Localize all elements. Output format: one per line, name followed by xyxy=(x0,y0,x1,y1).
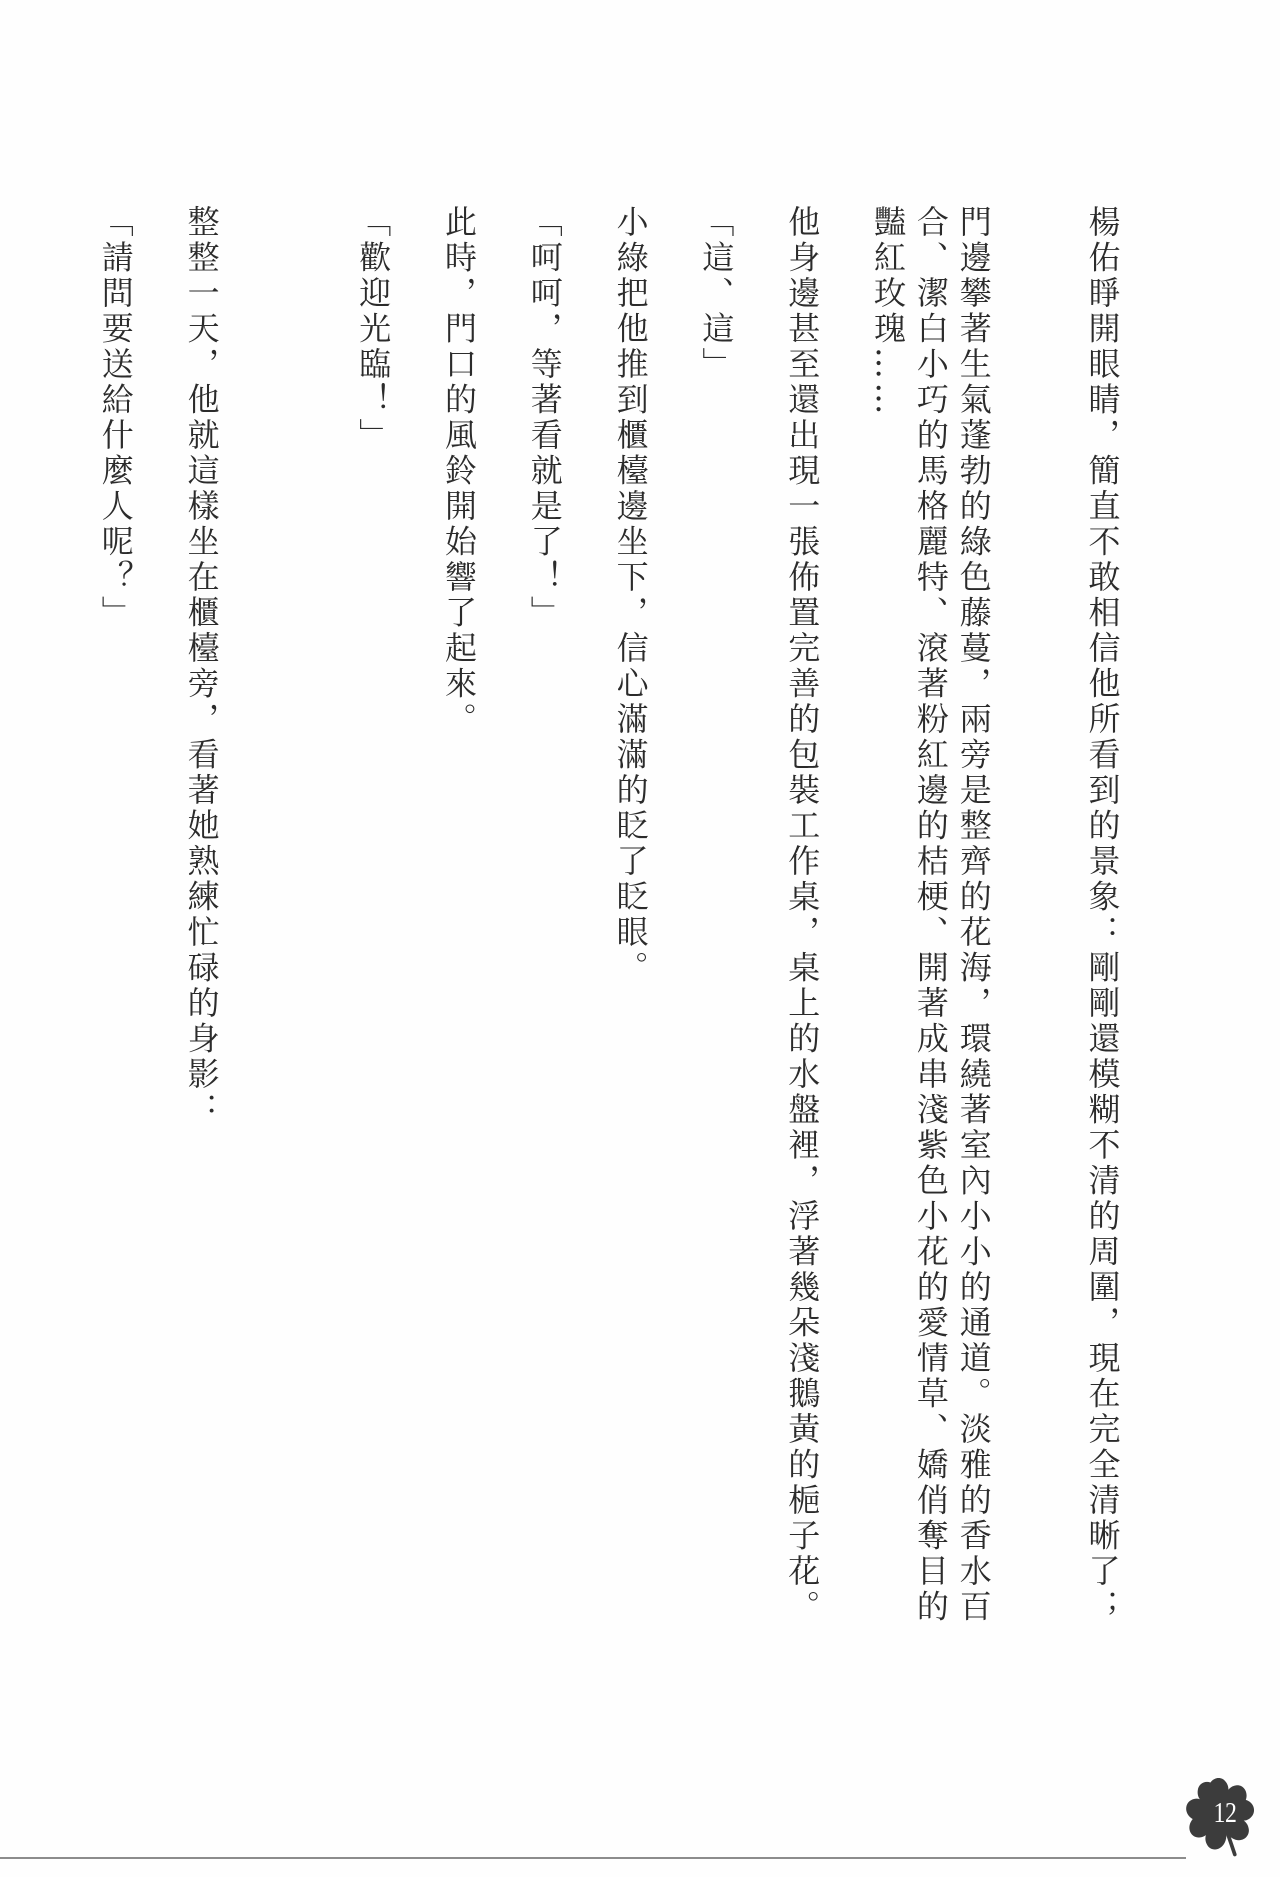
text-column: 豔紅玫瑰…… xyxy=(866,205,909,1665)
text-column: 「請問要送給什麼人呢？」 xyxy=(94,205,137,1665)
text-column: 此時，門口的風鈴開始響了起來。 xyxy=(437,205,480,1665)
text-column: 合、潔白小巧的馬格麗特、滾著粉紅邊的桔梗、開著成串淺紫色小花的愛情草、嬌俏奪目的 xyxy=(909,205,952,1665)
book-page: 楊佑睜開眼睛，簡直不敢相信他所看到的景象：剛剛還模糊不清的周圍，現在完全清晰了；… xyxy=(0,0,1280,1877)
footer-rule xyxy=(0,1857,1186,1859)
text-column: 「歡迎光臨！」 xyxy=(351,205,394,1665)
text-column: 「呵呵，等著看就是了！」 xyxy=(523,205,566,1665)
text-column: 整整一天，他就這樣坐在櫃檯旁，看著她熟練忙碌的身影： xyxy=(180,205,223,1665)
text-column: 他身邊甚至還出現一張佈置完善的包裝工作桌，桌上的水盤裡，浮著幾朵淺鵝黃的梔子花。 xyxy=(780,205,823,1665)
page-number-badge: 12 xyxy=(1179,1771,1261,1857)
text-column: 「這、這」 xyxy=(694,205,737,1665)
text-column: 小綠把他推到櫃檯邊坐下，信心滿滿的眨了眨眼。 xyxy=(609,205,652,1665)
text-column: 楊佑睜開眼睛，簡直不敢相信他所看到的景象：剛剛還模糊不清的周圍，現在完全清晰了； xyxy=(1081,205,1124,1665)
text-column: 門邊攀著生氣蓬勃的綠色藤蔓，兩旁是整齊的花海，環繞著室內小小的通道。淡雅的香水百 xyxy=(952,205,995,1665)
page-number: 12 xyxy=(1212,1799,1238,1829)
